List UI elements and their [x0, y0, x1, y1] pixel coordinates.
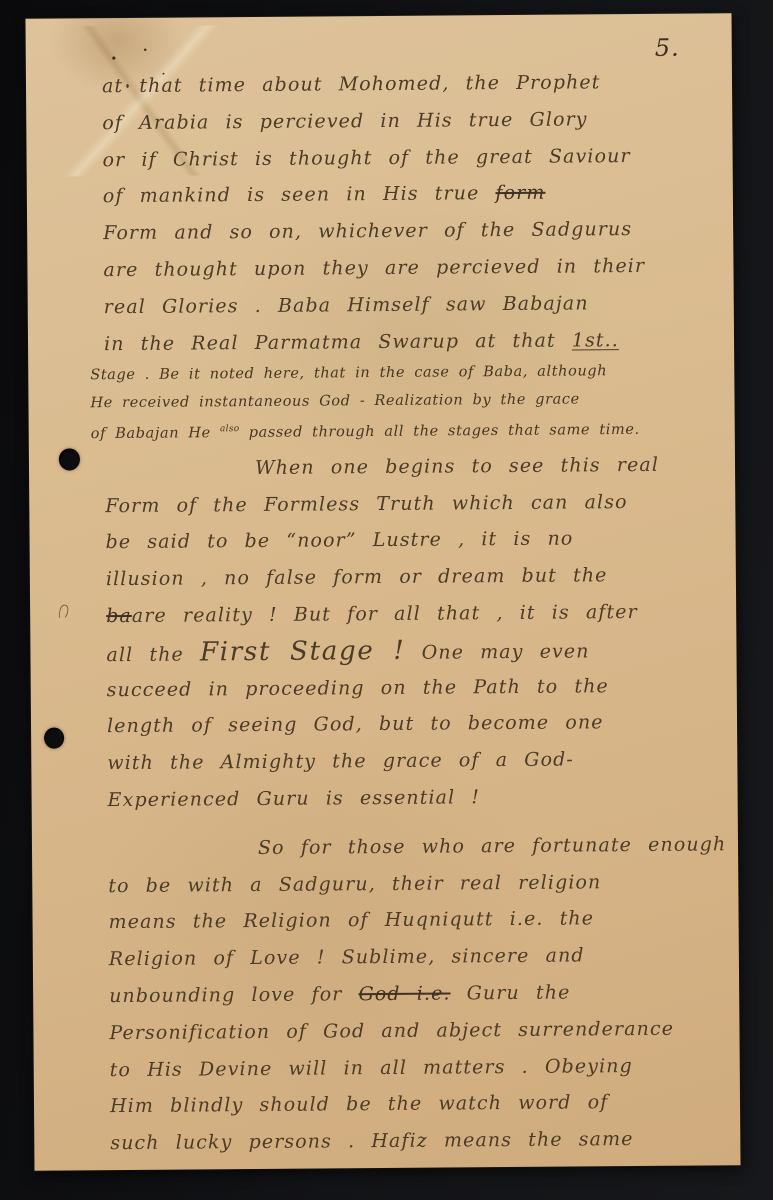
handwriting-line: of Babajan He also passed through all th…: [91, 413, 697, 445]
handwriting-line: such lucky persons . Hafiz means the sam…: [110, 1121, 702, 1162]
handwriting-line: to His Devine will in all matters . Obey…: [110, 1047, 702, 1088]
handwriting-line: illusion , no false form or dream but th…: [106, 557, 698, 598]
handwriting-line: with the Almighty the grace of a God-: [107, 741, 699, 782]
handwriting-line: of Arabia is percieved in His true Glory: [102, 100, 694, 141]
handwriting-line: So for those who are fortunate enough: [108, 826, 700, 867]
manuscript-text: at that time about Mohomed, the Propheto…: [25, 13, 740, 1163]
handwriting-line: are thought upon they are percieved in t…: [103, 248, 695, 289]
hole-punch-top: [59, 448, 80, 470]
handwriting-line: Him blindly should be the watch word of: [110, 1084, 702, 1125]
handwriting-line: succeed in proceeding on the Path to the: [107, 667, 699, 708]
handwriting-line: Personification of God and abject surren…: [109, 1010, 701, 1051]
handwriting-line: baare reality ! But for all that , it is…: [106, 594, 698, 635]
handwriting-line: all the First Stage ! One may even: [106, 630, 698, 671]
handwriting-line: When one begins to see this real: [105, 446, 697, 487]
hole-punch-bottom: [44, 728, 64, 749]
handwriting-line: Experienced Guru is essential !: [107, 778, 699, 819]
handwriting-line: Form of the Formless Truth which can als…: [105, 483, 697, 524]
manuscript-page: 5. at that time about Mohomed, the Proph…: [25, 13, 740, 1171]
handwriting-line: or if Christ is thought of the great Sav…: [102, 137, 694, 178]
handwriting-line: be said to be “noor” Lustre , it is no: [105, 520, 697, 561]
handwriting-line: Form and so on, whichever of the Sadguru…: [103, 211, 695, 252]
handwriting-line: means the Religion of Huqniqutt i.e. the: [108, 900, 700, 941]
handwriting-line: at that time about Mohomed, the Prophet: [102, 64, 694, 105]
handwriting-line: unbounding love for God i.e. Guru the: [109, 974, 701, 1015]
handwriting-line: of mankind is seen in His true form: [103, 174, 695, 215]
handwriting-line: length of seeing God, but to become one: [107, 704, 699, 745]
handwriting-line: Stage . Be it noted here, that in the ca…: [90, 358, 696, 390]
handwriting-line: to be with a Sadguru, their real religio…: [108, 863, 700, 904]
handwriting-line: real Glories . Baba Himself saw Babajan: [104, 284, 696, 325]
handwriting-line: Religion of Love ! Sublime, sincere and: [109, 937, 701, 978]
handwriting-line: in the Real Parmatma Swarup at that 1st.…: [104, 321, 696, 362]
